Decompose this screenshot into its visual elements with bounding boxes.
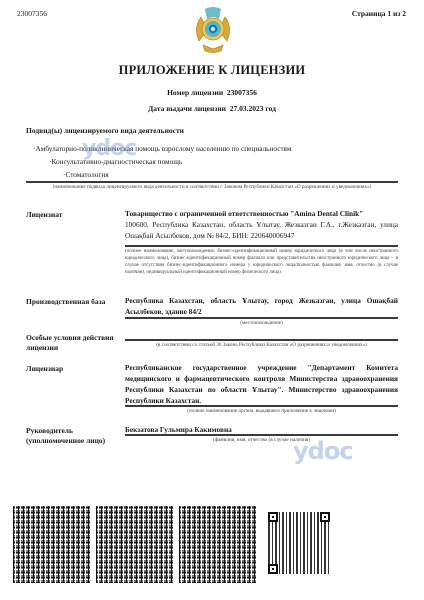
subtype-item-label: Стоматология <box>65 170 108 179</box>
license-date-label: Дата выдачи лицензии <box>148 104 226 113</box>
licensor-hint: (полное наименование органа, выдавшего п… <box>125 408 398 415</box>
license-date: Дата выдачи лицензии 27.03.2023 год <box>0 104 424 113</box>
watermark: ydoc <box>82 136 136 161</box>
qr-code <box>268 512 330 574</box>
subtype-item: ·Амбулаторно-поликлиническая помощь взро… <box>33 144 292 153</box>
head-label: Руководитель (уполномоченное лицо) <box>26 426 124 446</box>
page-info: Страница 1 из 2 <box>352 9 406 18</box>
licensee-address: 100600, Республика Казахстан, область Ұл… <box>125 220 398 240</box>
divider <box>125 339 398 341</box>
divider <box>125 434 398 436</box>
licensor-label: Лицензиар <box>26 364 63 374</box>
barcode-2 <box>96 506 173 583</box>
licensee-hint: (полное наименование, местонахождение, б… <box>125 248 398 276</box>
production-base-label: Производственная база <box>26 297 105 307</box>
special-conditions-label: Особые условия действия лицензии <box>26 333 121 353</box>
subtype-item: ·Стоматология <box>63 170 109 179</box>
production-base-value: Республика Казахстан, область Ұлытау, го… <box>125 296 398 318</box>
head-hint: (фамилия, имя, отчество (в случае наличи… <box>125 437 398 444</box>
document-number: 23007356 <box>17 9 47 18</box>
divider <box>125 245 398 247</box>
state-emblem-icon <box>193 5 233 55</box>
divider <box>26 181 398 183</box>
divider <box>125 317 398 319</box>
licensee-name: Товарищество с ограниченной ответственно… <box>125 209 363 218</box>
license-date-value: 27.03.2023 год <box>230 104 276 113</box>
license-number-label: Номер лицензии <box>167 88 223 97</box>
licensee-value: Товарищество с ограниченной ответственно… <box>125 209 398 242</box>
licensee-label: Лицензиат <box>26 210 62 220</box>
watermark: ydoc <box>293 437 353 465</box>
subtype-item-label: Амбулаторно-поликлиническая помощь взрос… <box>35 144 291 153</box>
special-conditions-hint: (в соответствии со статьей 36 Закона Рес… <box>125 342 398 349</box>
barcode-3 <box>179 506 256 583</box>
license-number: Номер лицензии 23007356 <box>0 88 424 97</box>
production-base-hint: (местонахождение) <box>125 320 398 327</box>
subtypes-heading: Подвид(ы) лицензируемого вида деятельнос… <box>26 126 184 135</box>
divider <box>125 405 398 407</box>
license-number-value: 23007356 <box>227 88 257 97</box>
subtypes-hint: (наименование подвида лицензируемого вид… <box>26 184 398 191</box>
barcode-1 <box>13 506 90 583</box>
licensor-value: Республиканское государственное учрежден… <box>125 363 398 407</box>
page-title: ПРИЛОЖЕНИЕ К ЛИЦЕНЗИИ <box>0 63 424 78</box>
